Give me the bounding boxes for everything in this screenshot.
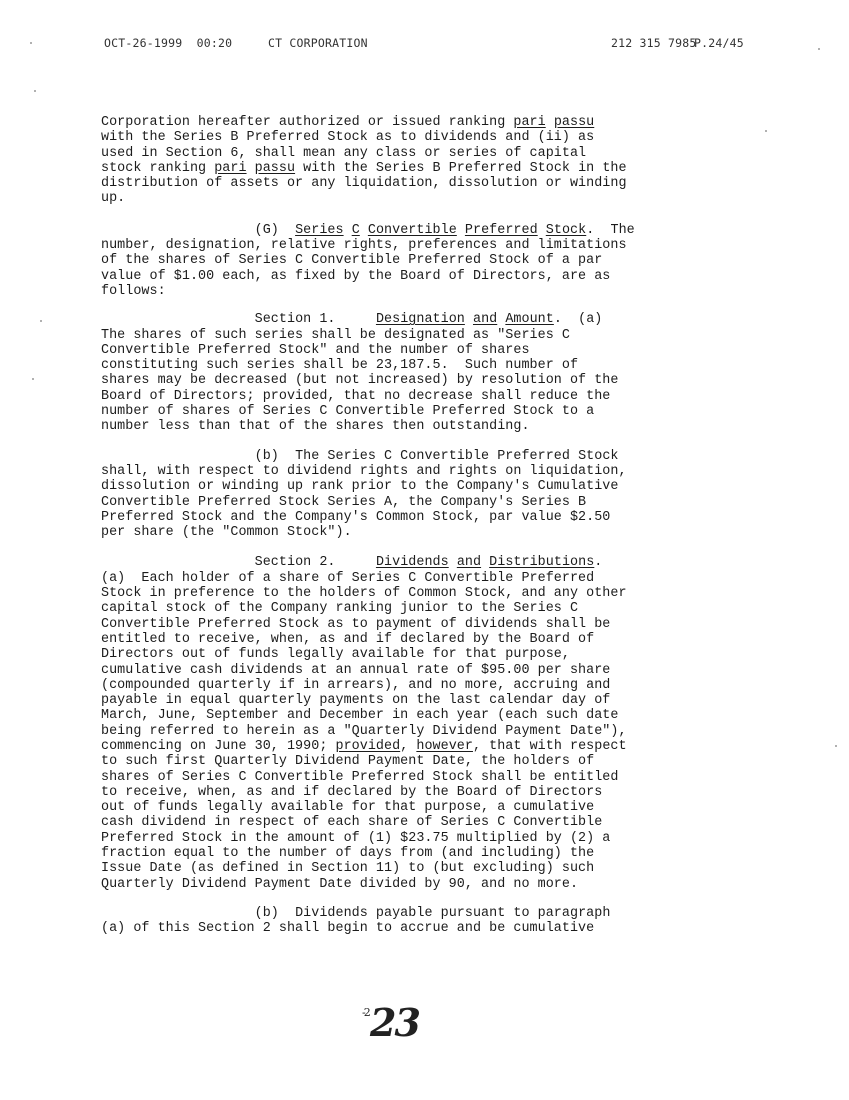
heading-word: Distributions [489,555,594,570]
paragraph-section-2b: (b) Dividends payable pursuant to paragr… [101,906,741,937]
scan-speck [30,42,32,44]
handwritten-page-number: 23 [370,1000,419,1045]
underlined-term: passu [554,115,594,130]
scan-speck [32,378,34,380]
text: , [400,739,416,754]
scan-speck [835,745,837,747]
fax-phone-number: 212 315 7985 [611,36,696,50]
page-number: -2 23 [370,1000,419,1045]
underlined-term: pari [513,115,545,130]
text [247,161,255,176]
text: Section 2. [101,555,376,570]
heading-word: C [352,223,360,238]
scan-speck [40,320,42,322]
printed-page-number: -2 [362,1006,369,1019]
scan-speck [765,130,767,132]
fax-date-time: OCT-26-1999 00:20 [104,36,232,50]
fax-page-count: P.24/45 [694,36,744,50]
heading-word: Preferred [465,223,538,238]
fax-sender: CT CORPORATION [268,36,368,50]
underlined-term: pari [214,161,246,176]
text: Corporation hereafter authorized or issu… [101,115,513,130]
text: Section 1. [101,312,376,327]
text: . (a) Each holder of a share of Series C… [101,555,627,754]
document-body: Corporation hereafter authorized or issu… [101,115,741,937]
text: , that with respect to such first Quarte… [101,739,627,892]
heading-word: and [473,312,497,327]
scan-speck [818,48,820,50]
paragraph-series-c-heading: (G) Series C Convertible Preferred Stock… [101,223,741,299]
paragraph-continuation: Corporation hereafter authorized or issu… [101,115,741,207]
underlined-term: passu [255,161,295,176]
heading-word: Amount [505,312,554,327]
heading-word: Series [295,223,344,238]
underlined-term: however [416,739,473,754]
paragraph-section-1b: (b) The Series C Convertible Preferred S… [101,449,741,541]
underlined-term: provided [336,739,401,754]
heading-word: Convertible [368,223,457,238]
fax-transmission-header: OCT-26-1999 00:20 CT CORPORATION 212 315… [0,36,849,56]
heading-word: and [457,555,481,570]
heading-word: Designation [376,312,465,327]
text: (G) [101,223,295,238]
scan-speck [34,90,36,92]
text [546,115,554,130]
text: . (a) The shares of such series shall be… [101,312,618,434]
heading-word: Dividends [376,555,449,570]
paragraph-section-2: Section 2. Dividends and Distributions. … [101,555,741,892]
heading-word: Stock [546,223,586,238]
paragraph-section-1: Section 1. Designation and Amount. (a) T… [101,312,741,434]
